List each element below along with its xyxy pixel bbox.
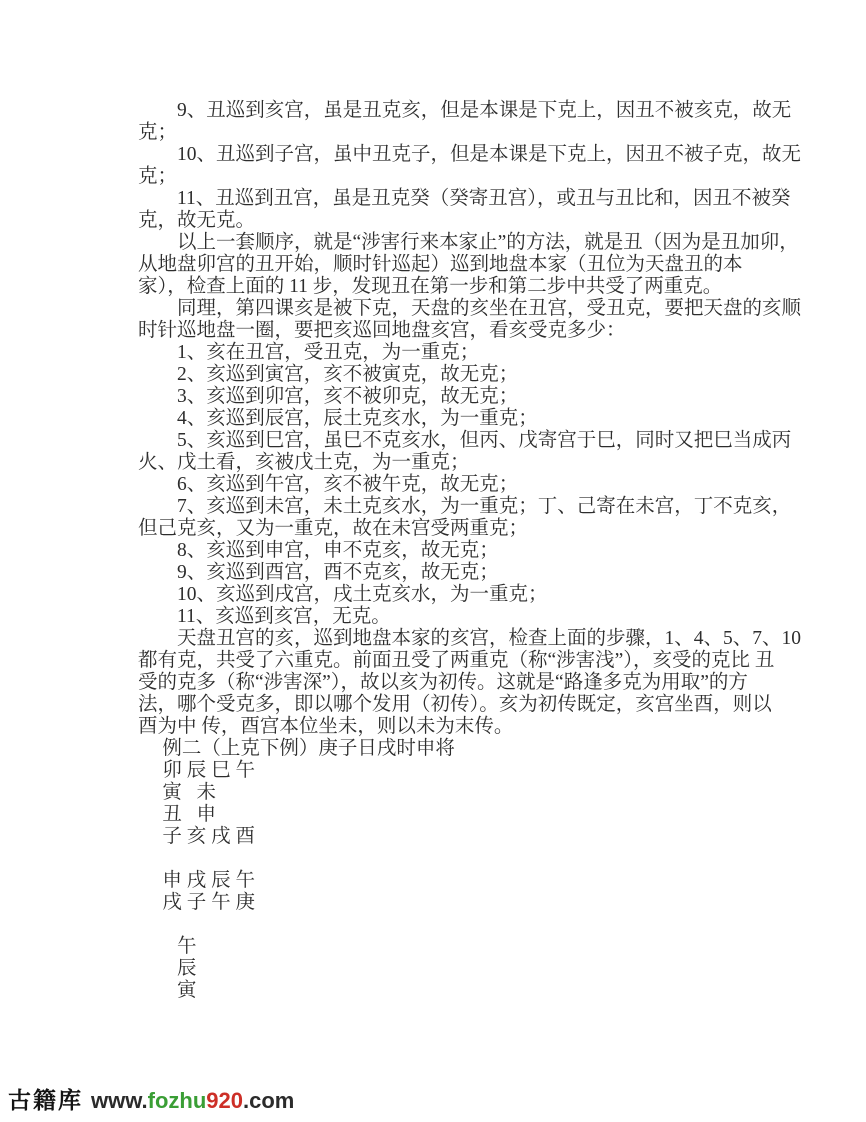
document-page: 9、丑巡到亥宫，虽是丑克亥，但是本课是下克上，因丑不被亥克，故无 克； 10、丑…	[0, 0, 866, 1122]
document-body-text: 9、丑巡到亥宫，虽是丑克亥，但是本课是下克上，因丑不被亥克，故无 克； 10、丑…	[138, 100, 858, 1002]
watermark-site-name: 古籍库	[8, 1087, 83, 1113]
watermark-url-920: 920	[206, 1088, 243, 1113]
watermark-url-com: .com	[243, 1088, 294, 1113]
watermark-url-www: www.	[91, 1088, 148, 1113]
watermark-url-fozhu: fozhu	[148, 1088, 207, 1113]
watermark: 古籍库www.fozhu920.com	[8, 1082, 294, 1115]
